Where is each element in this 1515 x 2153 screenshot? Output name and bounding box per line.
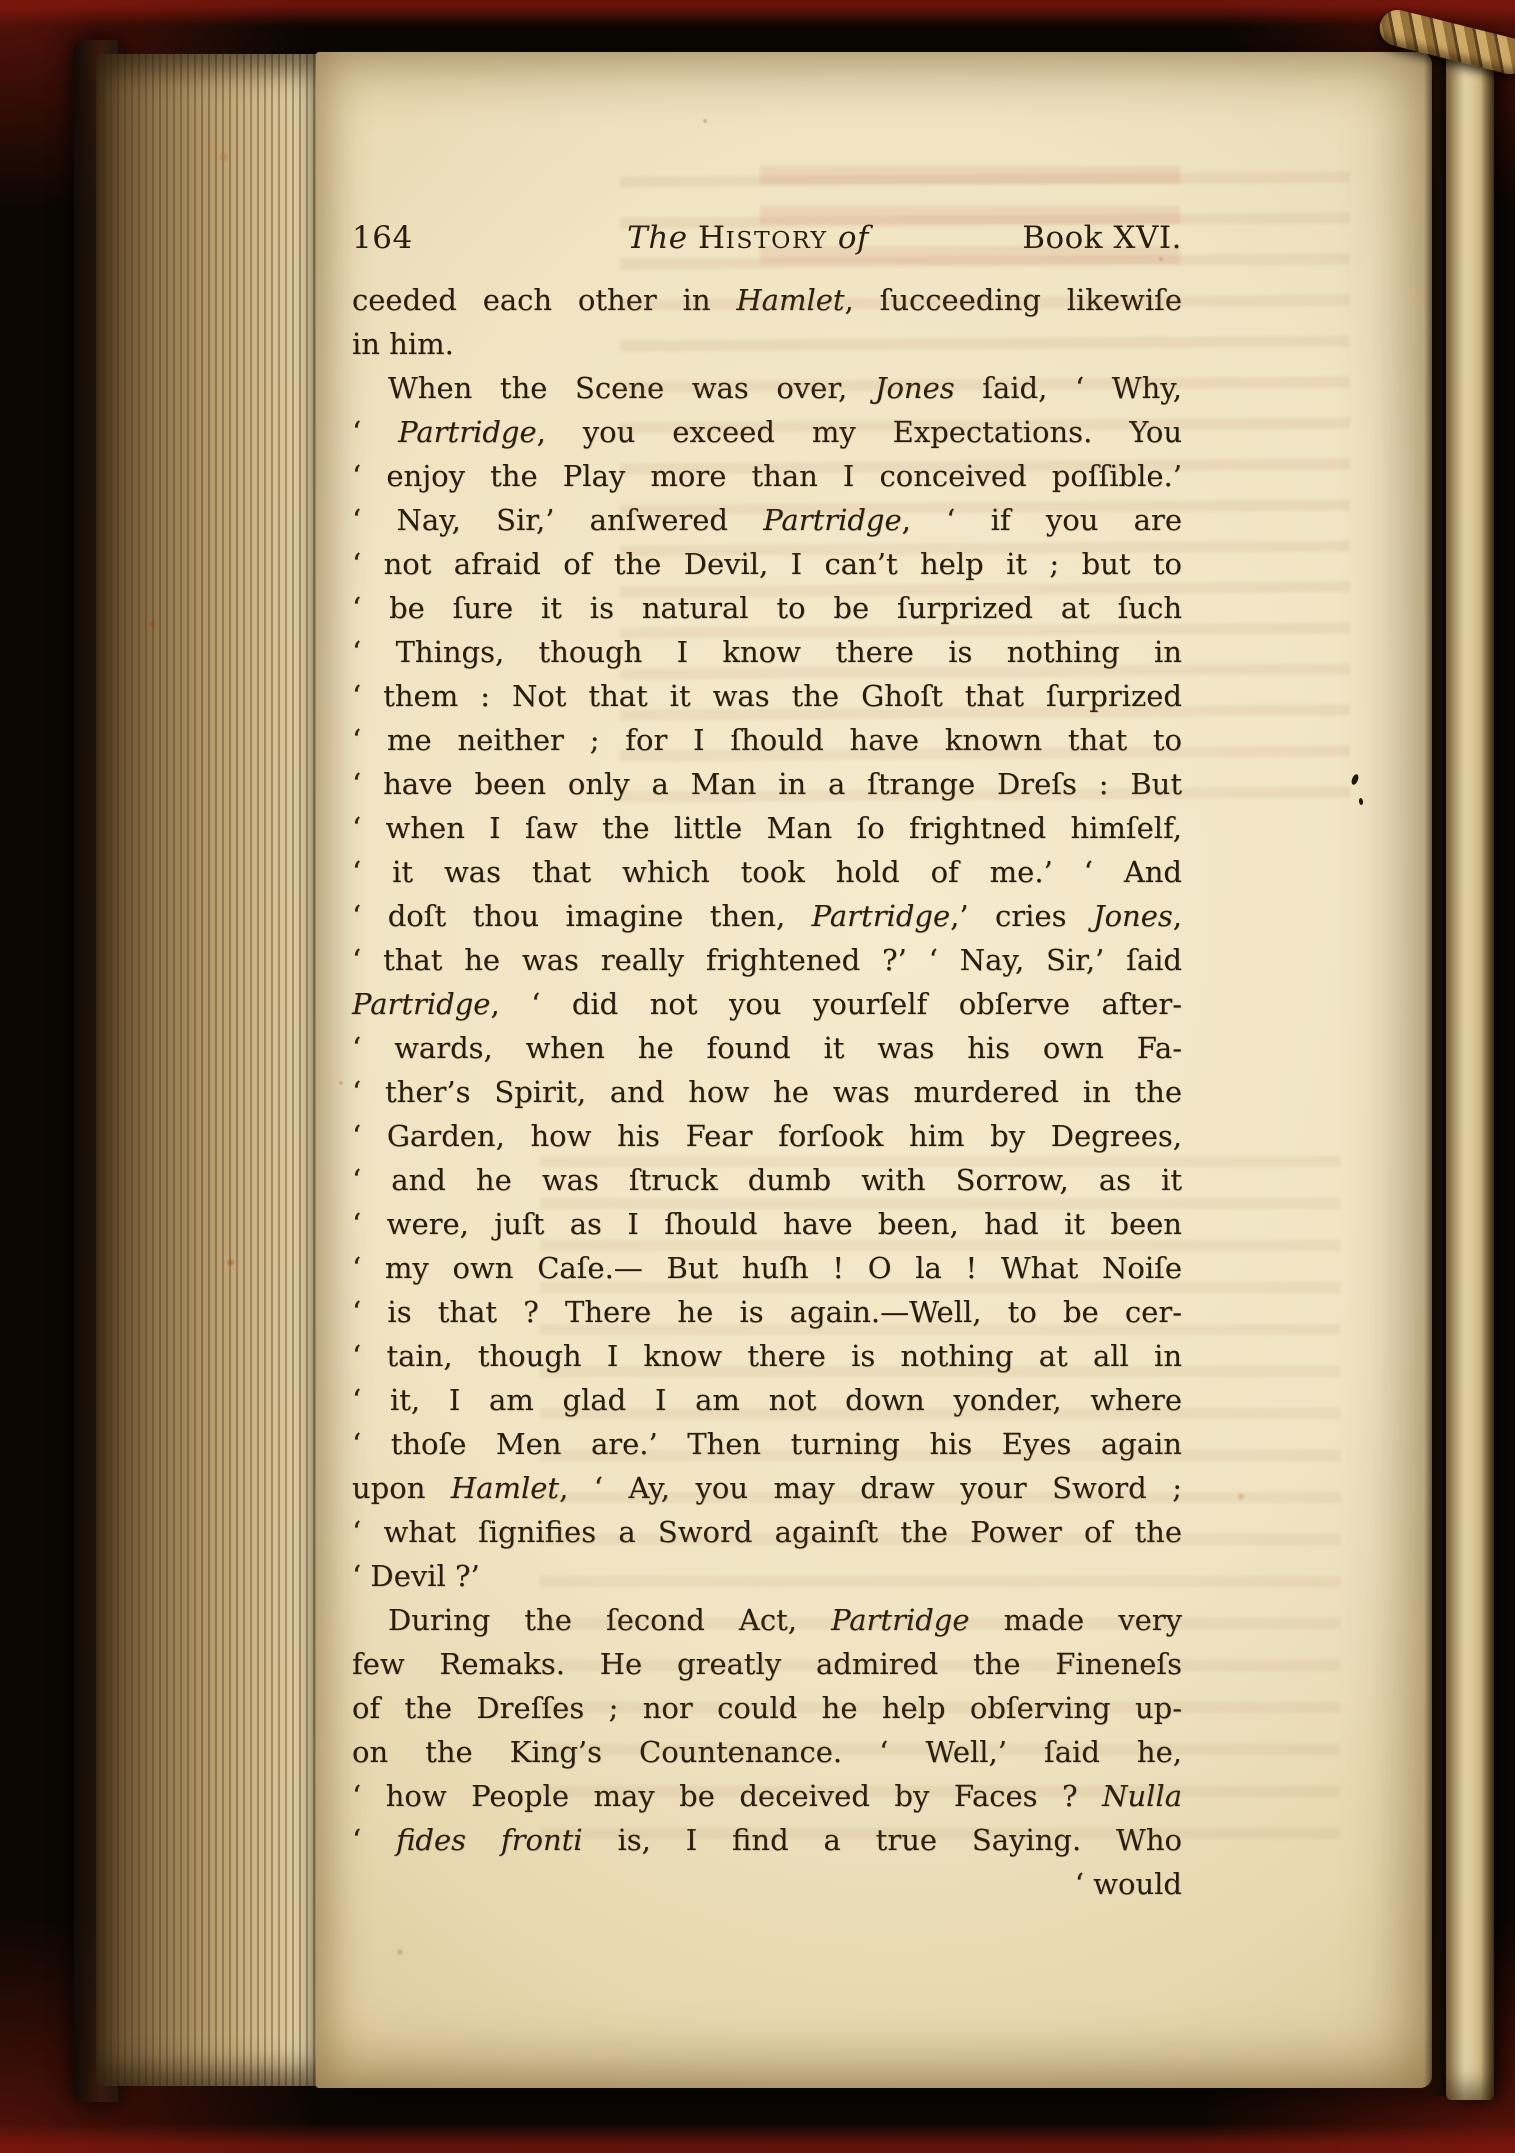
book-page: 164 The HISTORY of Book XVI. ceeded each… bbox=[316, 52, 1432, 2088]
text-line: ‘ how People may be deceived by Faces ? … bbox=[352, 1774, 1182, 1818]
text-line: ‘ me neither ; for I ſhould have known t… bbox=[352, 718, 1182, 762]
text-line: ‘ fides fronti is, I find a true Saying.… bbox=[352, 1818, 1182, 1862]
text-line: ‘ ther’s Spirit, and how he was murdered… bbox=[352, 1070, 1182, 1114]
text-line: ceeded each other in Hamlet, ſucceeding … bbox=[352, 278, 1182, 322]
text-line: ‘ were, juſt as I ſhould have been, had … bbox=[352, 1202, 1182, 1246]
text-line: When the Scene was over, Jones ſaid, ‘ W… bbox=[352, 366, 1182, 410]
text-line: ‘ is that ? There he is again.—Well, to … bbox=[352, 1290, 1182, 1334]
page-scan: { "page": { "header": { "page_number": "… bbox=[0, 0, 1515, 2153]
text-line: upon Hamlet, ‘ Ay, you may draw your Swo… bbox=[352, 1466, 1182, 1510]
text-line: ‘ it was that which took hold of me.’ ‘ … bbox=[352, 850, 1182, 894]
text-line: ‘ not afraid of the Devil, I can’t help … bbox=[352, 542, 1182, 586]
book-label: Book XVI. bbox=[1022, 218, 1182, 258]
page-stack-edge bbox=[96, 54, 322, 2086]
text-line: ‘ tain, though I know there is nothing a… bbox=[352, 1334, 1182, 1378]
text-line: ‘ what ſignifies a Sword againſt the Pow… bbox=[352, 1510, 1182, 1554]
text-line: Partridge, ‘ did not you yourſelf obſerv… bbox=[352, 982, 1182, 1026]
text-line: ‘ Things, though I know there is nothing… bbox=[352, 630, 1182, 674]
text-line: ‘ Devil ?’ bbox=[352, 1554, 1182, 1598]
text-line: ‘ have been only a Man in a ſtrange Dreſ… bbox=[352, 762, 1182, 806]
text-line: ‘ them : Not that it was the Ghoſt that … bbox=[352, 674, 1182, 718]
page-number: 164 bbox=[352, 218, 448, 258]
text-line: ‘ that he was really frightened ?’ ‘ Nay… bbox=[352, 938, 1182, 982]
text-line: ‘ enjoy the Play more than I conceived p… bbox=[352, 454, 1182, 498]
text-line: ‘ my own Caſe.— But huſh ! O la ! What N… bbox=[352, 1246, 1182, 1290]
text-block: 164 The HISTORY of Book XVI. ceeded each… bbox=[352, 218, 1182, 1906]
text-line: few Remaks. He greatly admired the Finen… bbox=[352, 1642, 1182, 1686]
running-header: 164 The HISTORY of Book XVI. bbox=[352, 218, 1182, 260]
catchword: ‘ would bbox=[352, 1862, 1182, 1906]
text-line: ‘ it, I am glad I am not down yonder, wh… bbox=[352, 1378, 1182, 1422]
text-line: During the ſecond Act, Partridge made ve… bbox=[352, 1598, 1182, 1642]
text-lines: ceeded each other in Hamlet, ſucceeding … bbox=[352, 278, 1182, 1862]
text-line: in him. bbox=[352, 322, 1182, 366]
facing-page-edge bbox=[1446, 42, 1494, 2100]
running-title: The HISTORY of bbox=[448, 218, 1022, 260]
text-line: ‘ be ſure it is natural to be ſurprized … bbox=[352, 586, 1182, 630]
text-line: ‘ and he was ſtruck dumb with Sorrow, as… bbox=[352, 1158, 1182, 1202]
text-line: on the King’s Countenance. ‘ Well,’ ſaid… bbox=[352, 1730, 1182, 1774]
text-line: ‘ doſt thou imagine then, Partridge,’ cr… bbox=[352, 894, 1182, 938]
text-line: ‘ when I ſaw the little Man ſo frightned… bbox=[352, 806, 1182, 850]
text-line: ‘ Nay, Sir,’ anſwered Partridge, ‘ if yo… bbox=[352, 498, 1182, 542]
text-line: ‘ wards, when he found it was his own Fa… bbox=[352, 1026, 1182, 1070]
text-line: of the Dreſſes ; nor could he help obſer… bbox=[352, 1686, 1182, 1730]
text-line: ‘ Partridge, you exceed my Expectations.… bbox=[352, 410, 1182, 454]
text-line: ‘ Garden, how his Fear forſook him by De… bbox=[352, 1114, 1182, 1158]
text-line: ‘ thoſe Men are.’ Then turning his Eyes … bbox=[352, 1422, 1182, 1466]
